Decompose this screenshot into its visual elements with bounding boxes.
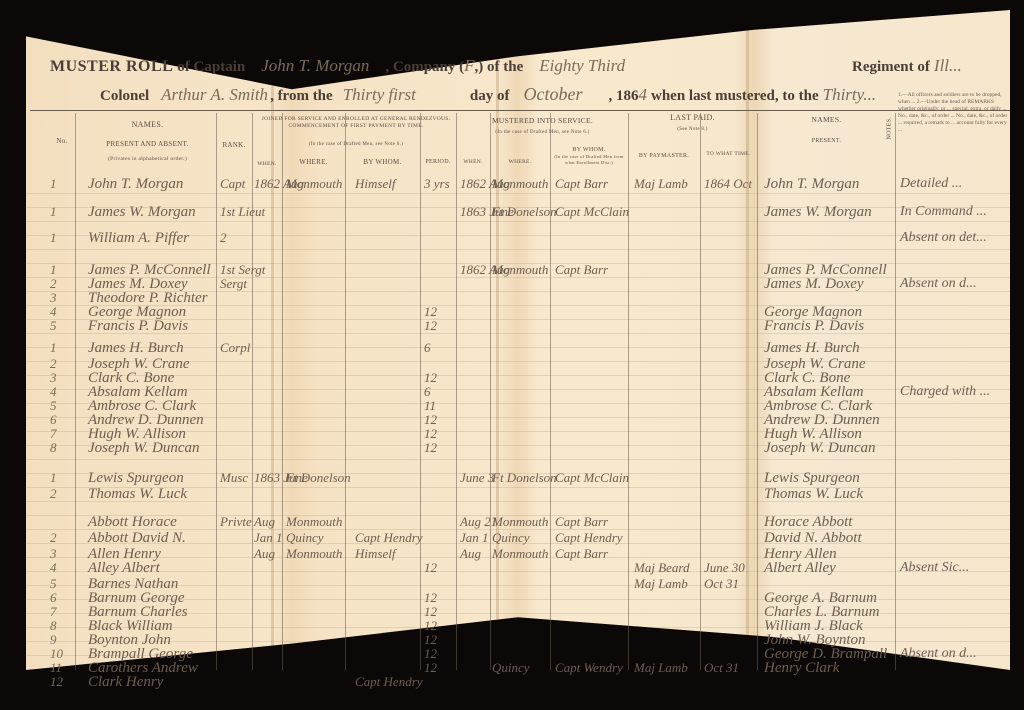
joined-where: Monmouth xyxy=(286,514,342,530)
joined-period: 12 xyxy=(424,318,437,334)
col-header-notes: NOTES. xyxy=(886,120,895,140)
col-header-last-paid: LAST PAID. xyxy=(630,113,755,122)
last-paid-to-time: Oct 31 xyxy=(704,660,739,676)
regiment-of: Regiment of Ill... xyxy=(852,56,962,76)
last-paid-to-time: Oct 31 xyxy=(704,576,739,592)
col-header-present: PRESENT. xyxy=(760,137,893,146)
mustered-when: June 3 xyxy=(460,470,494,486)
mustered-by-whom: Capt Barr xyxy=(555,262,608,278)
col-header-mustered-where: WHERE. xyxy=(490,158,550,167)
mustered-to: Thirty... xyxy=(823,85,876,104)
title-line-1: MUSTER ROLL of Captain John T. Morgan , … xyxy=(50,56,685,76)
mustered-where: Quincy xyxy=(492,530,530,546)
column-divider xyxy=(456,113,457,670)
row-number: 1 xyxy=(50,230,57,246)
joined-when: Jan 1 xyxy=(254,530,283,546)
col-header-names-sub: PRESENT AND ABSENT. xyxy=(80,140,215,149)
from-the-label: , from the xyxy=(270,88,333,104)
col-header-no: No. xyxy=(52,137,72,146)
mustered-by-whom: Capt Wendry xyxy=(555,660,623,676)
document-title: MUSTER ROLL xyxy=(50,58,173,75)
joined-where: Monmouth xyxy=(286,546,342,562)
mustered-by-whom: Capt Hendry xyxy=(555,530,623,546)
joined-when: Aug xyxy=(254,514,275,530)
column-divider xyxy=(75,113,76,670)
rank: Musc xyxy=(220,470,248,486)
day-of-label: day of xyxy=(470,88,510,104)
soldier-name: Abbott David N. xyxy=(88,530,186,547)
rank: 2 xyxy=(220,230,227,246)
column-divider xyxy=(490,113,491,670)
joined-period: 6 xyxy=(424,340,431,356)
row-number: 2 xyxy=(50,530,57,546)
remark: Absent Sic... xyxy=(900,560,969,576)
soldier-name: John T. Morgan xyxy=(88,176,183,193)
soldier-name: Abbott Horace xyxy=(88,514,177,531)
mustered-where: Ft Donelson xyxy=(492,204,557,220)
joined-period: 12 xyxy=(424,440,437,456)
regiment-number: Eighty Third xyxy=(539,56,625,75)
company-label: , Company ( xyxy=(385,59,464,75)
rank: Capt xyxy=(220,176,245,192)
mustered-by-whom: Capt McClain xyxy=(555,204,629,220)
col-header-last-paid-note: (See Note 8.) xyxy=(630,125,755,134)
column-divider xyxy=(628,113,629,670)
row-number: 5 xyxy=(50,318,57,334)
col-header-names: NAMES. xyxy=(80,120,215,129)
col-header-joined-note: (In the case of Drafted Men, see Note 6.… xyxy=(256,140,456,149)
captain-name: John T. Morgan xyxy=(261,56,369,75)
last-paid-to-time: June 30 xyxy=(704,560,745,576)
name-present: Lewis Spurgeon xyxy=(764,470,860,487)
last-paid-paymaster: Maj Beard xyxy=(634,560,689,576)
mustered-where: Monmouth xyxy=(492,514,548,530)
col-header-joined-where: WHERE. xyxy=(282,158,345,167)
column-divider xyxy=(420,113,421,670)
row-number: 1 xyxy=(50,340,57,356)
joined-by-whom: Himself xyxy=(355,176,395,192)
name-present: James M. Doxey xyxy=(764,276,864,293)
col-header-to-what-time: TO WHAT TIME. xyxy=(700,150,757,159)
mustered-where: Monmouth xyxy=(492,176,548,192)
regiment-state: Ill... xyxy=(934,56,962,75)
of-captain-label: of Captain xyxy=(177,59,245,75)
joined-when: Aug xyxy=(254,546,275,562)
joined-where: Quincy xyxy=(286,530,324,546)
soldier-name: Thomas W. Luck xyxy=(88,486,187,503)
row-number: 1 xyxy=(50,176,57,192)
name-present: Henry Clark xyxy=(764,660,839,677)
name-present: Horace Abbott xyxy=(764,514,852,531)
col-header-joined: JOINED FOR SERVICE AND ENROLLED AT GENER… xyxy=(256,116,456,130)
column-divider xyxy=(282,113,283,670)
rank: 1st Lieut xyxy=(220,204,265,220)
remark: Absent on det... xyxy=(900,230,987,246)
row-number: 8 xyxy=(50,440,57,456)
rank: Corpl xyxy=(220,340,250,356)
row-number: 1 xyxy=(50,470,57,486)
joined-where: Monmouth xyxy=(286,176,342,192)
row-number: 4 xyxy=(50,560,57,576)
joined-by-whom: Capt Hendry xyxy=(355,674,423,690)
from-day: Thirty first xyxy=(343,85,416,104)
mustered-by-whom: Capt McClain xyxy=(555,470,629,486)
soldier-name: Joseph W. Duncan xyxy=(88,440,200,457)
col-header-joined-period: PERIOD. xyxy=(420,158,456,167)
last-paid-paymaster: Maj Lamb xyxy=(634,576,688,592)
joined-period: 3 yrs xyxy=(424,176,450,192)
title-line-2: Colonel Arthur A. Smith, from the Thirty… xyxy=(100,84,876,105)
name-present: Joseph W. Duncan xyxy=(764,440,876,457)
column-divider xyxy=(700,113,701,670)
joined-period: 12 xyxy=(424,560,437,576)
remark: Detailed ... xyxy=(900,176,962,192)
mustered-where: Quincy xyxy=(492,660,530,676)
rank: Sergt xyxy=(220,276,247,292)
col-header-rank: RANK. xyxy=(218,141,250,150)
name-present: James H. Burch xyxy=(764,340,860,357)
name-present: John T. Morgan xyxy=(764,176,859,193)
mustered-where: Monmouth xyxy=(492,262,548,278)
column-divider xyxy=(252,113,253,670)
col-header-mustered-when: WHEN. xyxy=(456,158,490,167)
mustered-when: Aug xyxy=(460,546,481,562)
joined-by-whom: Capt Hendry xyxy=(355,530,423,546)
col-header-joined-when: WHEN. xyxy=(252,160,282,169)
joined-period: 12 xyxy=(424,660,437,676)
name-present: Thomas W. Luck xyxy=(764,486,863,503)
year-suffix: 4 xyxy=(638,85,647,104)
col-header-paymaster: BY PAYMASTER. xyxy=(628,152,700,161)
column-divider xyxy=(757,113,758,670)
soldier-name: Alley Albert xyxy=(88,560,160,577)
year-prefix: , 186 xyxy=(608,88,638,104)
soldier-name: William A. Piffer xyxy=(88,230,189,247)
soldier-name: Francis P. Davis xyxy=(88,318,188,335)
soldier-name: Clark Henry xyxy=(88,674,163,691)
remark: Absent on d... xyxy=(900,646,977,662)
column-divider xyxy=(895,113,896,670)
notes-instructions: 1.—All officers and soldiers are to be d… xyxy=(898,92,1008,172)
fold-crease xyxy=(496,10,499,670)
colonel-label: Colonel xyxy=(100,88,149,104)
col-header-mustered-by-whom-note: (In the case of Drafted Men from what En… xyxy=(552,154,626,166)
name-present: James W. Morgan xyxy=(764,204,872,221)
row-number: 2 xyxy=(50,486,57,502)
fold-crease xyxy=(271,10,274,670)
last-paid-paymaster: Maj Lamb xyxy=(634,176,688,192)
mustered-when: Jan 1 xyxy=(460,530,489,546)
last-paid-to-time: 1864 Oct xyxy=(704,176,752,192)
column-divider xyxy=(345,113,346,670)
col-header-mustered-note: (In the case of Drafted Men, see Note 6.… xyxy=(460,128,625,137)
last-paid-paymaster: Maj Lamb xyxy=(634,660,688,676)
header-rule xyxy=(30,110,1010,111)
row-number: 12 xyxy=(50,674,63,690)
col-header-names-present: NAMES. xyxy=(760,115,893,124)
col-header-joined-by-whom: BY WHOM. xyxy=(345,158,420,167)
column-divider xyxy=(550,113,551,670)
joined-where: Ft Donelson xyxy=(286,470,351,486)
joined-by-whom: Himself xyxy=(355,546,395,562)
rank: Privte xyxy=(220,514,252,530)
soldier-name: Lewis Spurgeon xyxy=(88,470,184,487)
column-divider xyxy=(216,113,217,670)
remark: Charged with ... xyxy=(900,384,990,400)
name-present: Francis P. Davis xyxy=(764,318,864,335)
month: October xyxy=(524,84,583,104)
regiment-label: Regiment of xyxy=(852,59,930,75)
mustered-label: when last mustered, to the xyxy=(651,88,819,104)
company-letter: F xyxy=(464,56,474,75)
col-header-names-note: (Privates in alphabetical order.) xyxy=(80,155,215,164)
name-present: Albert Alley xyxy=(764,560,836,577)
mustered-where: Monmouth xyxy=(492,546,548,562)
name-present: David N. Abbott xyxy=(764,530,862,547)
soldier-name: James W. Morgan xyxy=(88,204,196,221)
col-header-mustered: MUSTERED INTO SERVICE. xyxy=(460,116,625,125)
row-number: 1 xyxy=(50,204,57,220)
mustered-by-whom: Capt Barr xyxy=(555,514,608,530)
remark: In Command ... xyxy=(900,204,987,220)
mustered-by-whom: Capt Barr xyxy=(555,546,608,562)
soldier-name: James H. Burch xyxy=(88,340,184,357)
company-close: ,) of the xyxy=(475,59,524,75)
colonel-name: Arthur A. Smith xyxy=(161,85,268,104)
mustered-by-whom: Capt Barr xyxy=(555,176,608,192)
fold-crease xyxy=(746,10,749,670)
mustered-where: Ft Donelson xyxy=(492,470,557,486)
remark: Absent on d... xyxy=(900,276,977,292)
